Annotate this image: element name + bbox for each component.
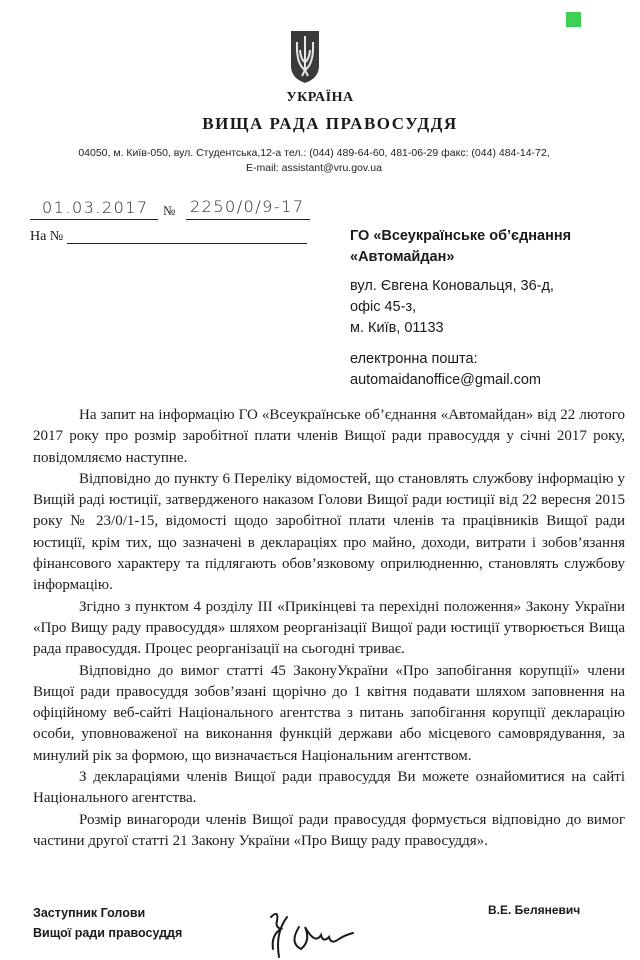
- outgoing-date: 01.03.2017: [42, 198, 149, 217]
- paragraph: На запит на інформацію ГО «Всеукраїнське…: [33, 405, 625, 469]
- paragraph: Розмір винагороди членів Вищої ради прав…: [33, 810, 625, 853]
- recipient-name-line2: «Автомайдан»: [350, 247, 630, 268]
- number-underline: [186, 219, 310, 220]
- reply-to-underline: [67, 243, 307, 244]
- handwritten-signature-icon: [265, 905, 375, 960]
- number-sign: №: [163, 203, 175, 219]
- contacts-address-phone: 04050, м. Київ-050, вул. Студентська,12-…: [54, 146, 574, 161]
- recipient-name: ГО «Всеукраїнське об’єднання «Автомайдан…: [350, 226, 630, 268]
- recipient-email-block: електронна пошта: automaidanoffice@gmail…: [350, 349, 630, 391]
- recipient-address-line1: вул. Євгена Коновальця, 36-д,: [350, 276, 630, 297]
- signatory-title-line1: Заступник Голови: [33, 903, 182, 923]
- green-marker-square: [566, 12, 581, 27]
- paragraph: Відповідно до вимог статті 45 ЗаконуУкра…: [33, 661, 625, 767]
- recipient-name-line1: ГО «Всеукраїнське об’єднання: [350, 226, 630, 247]
- letter-body: На запит на інформацію ГО «Всеукраїнське…: [33, 405, 625, 852]
- date-underline: [30, 219, 158, 220]
- signatory-title-line2: Вищої ради правосуддя: [33, 923, 182, 943]
- coat-of-arms-icon: [290, 30, 320, 84]
- recipient-address: вул. Євгена Коновальця, 36-д, офіс 45-з,…: [350, 276, 630, 339]
- recipient-email: automaidanoffice@gmail.com: [350, 370, 630, 391]
- recipient-email-label: електронна пошта:: [350, 349, 630, 370]
- reply-to-label: На №: [30, 229, 63, 245]
- organization-name: ВИЩА РАДА ПРАВОСУДДЯ: [0, 114, 640, 134]
- organization-contacts: 04050, м. Київ-050, вул. Студентська,12-…: [54, 146, 574, 176]
- recipient-address-line2: офіс 45-з,: [350, 297, 630, 318]
- signer-name: В.Е. Беляневич: [488, 903, 580, 917]
- outgoing-number: 2250/0/9-17: [190, 197, 305, 216]
- recipient-block: ГО «Всеукраїнське об’єднання «Автомайдан…: [350, 226, 630, 391]
- paragraph: З деклараціями членів Вищої ради правосу…: [33, 767, 625, 810]
- contacts-email: E-mail: assistant@vru.gov.ua: [54, 161, 574, 176]
- paragraph: Відповідно до пункту 6 Переліку відомост…: [33, 469, 625, 597]
- recipient-address-line3: м. Київ, 01133: [350, 318, 630, 339]
- signatory-title: Заступник Голови Вищої ради правосуддя: [33, 903, 182, 943]
- country-name: УКРАЇНА: [0, 90, 640, 106]
- paragraph: Згідно з пунктом 4 розділу ІІІ «Прикінце…: [33, 597, 625, 661]
